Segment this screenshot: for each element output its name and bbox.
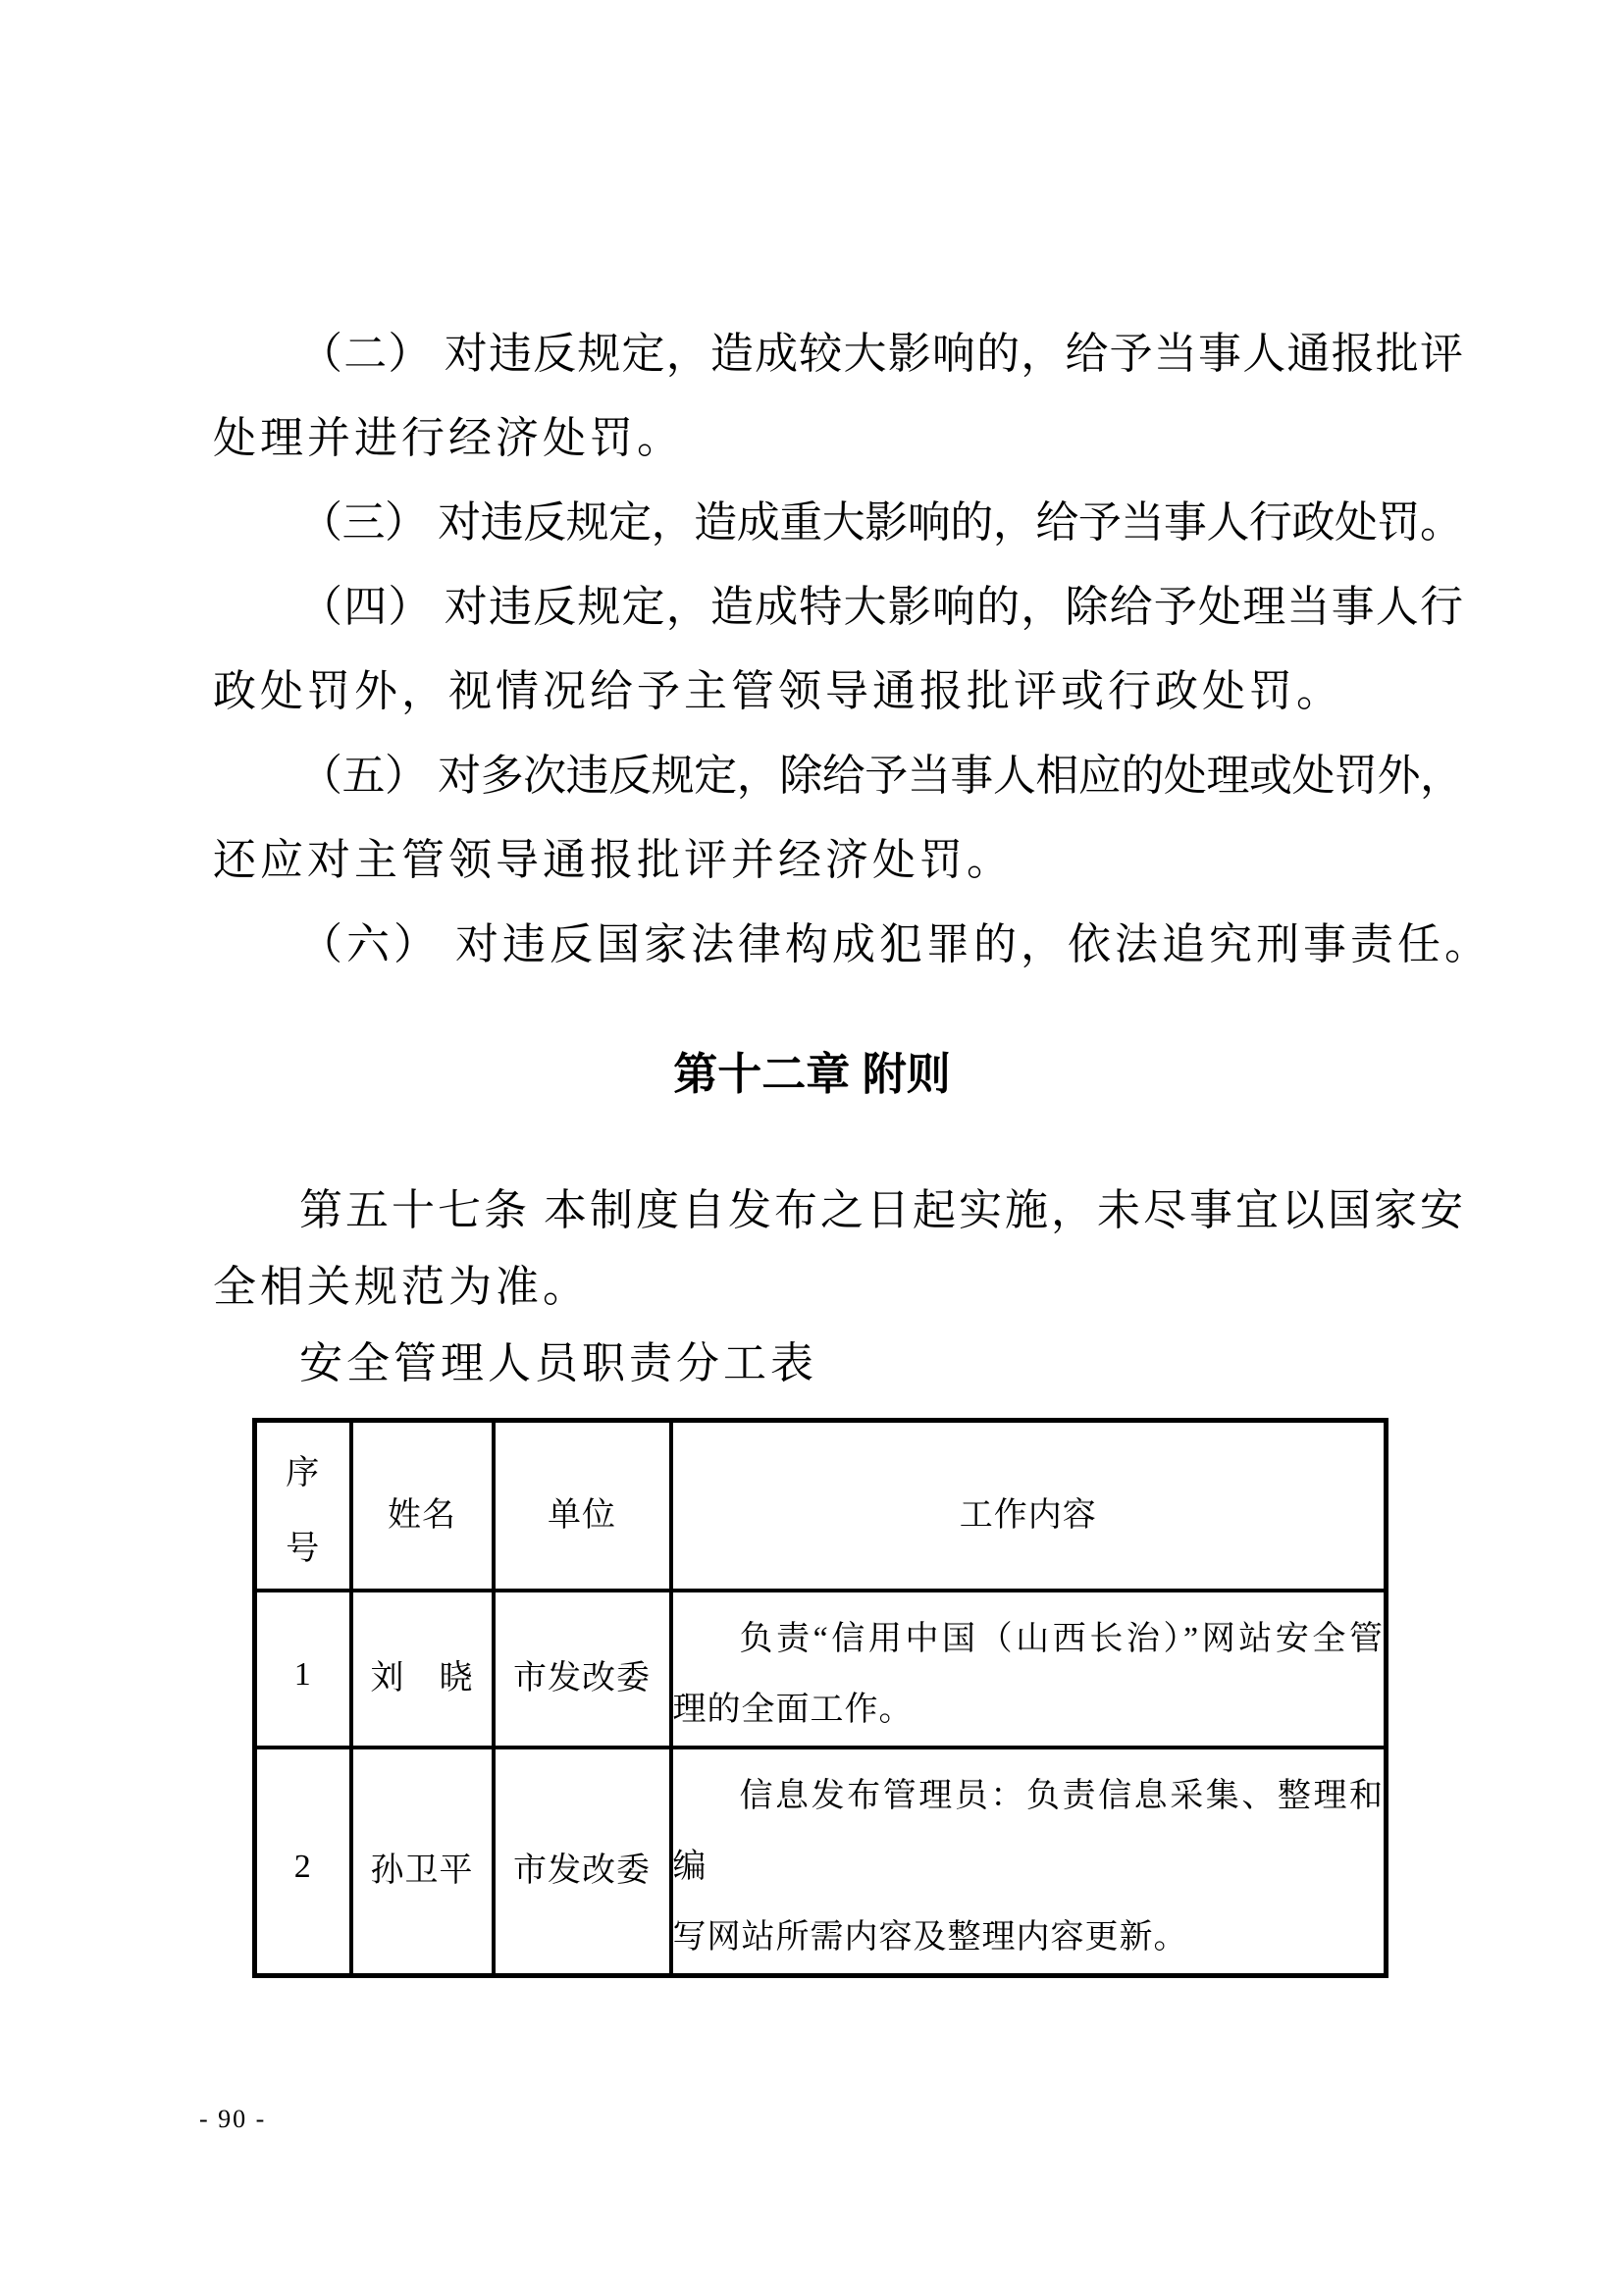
body-text-line: （四） 对违反规定，造成特大影响的，除给予处理当事人行 — [213, 565, 1462, 650]
body-text-line: 处理并进行经济处罚。 — [213, 396, 1462, 481]
body-text-line: （五） 对多次违反规定，除给予当事人相应的处理或处罚外， — [213, 734, 1462, 818]
cell-name: 孙卫平 — [351, 1748, 494, 1976]
duty-text-line: 负责“信用中国（山西长治）”网站安全管 — [673, 1604, 1385, 1675]
document-page: （二） 对违反规定，造成较大影响的，给予当事人通报批评处理并进行经济处罚。（三）… — [0, 0, 1624, 2296]
cell-unit: 市发改委 — [494, 1591, 671, 1748]
body-text-line: （二） 对违反规定，造成较大影响的，给予当事人通报批评 — [213, 312, 1462, 396]
closing-paragraphs: 第五十七条 本制度自发布之日起实施，未尽事宜以国家安全相关规范为准。安全管理人员… — [213, 1173, 1462, 1402]
duty-text: 负责“信用中国（山西长治）”网站安全管理的全面工作。 — [673, 1604, 1385, 1746]
table-header-row: 序号 姓名 单位 工作内容 — [255, 1421, 1387, 1591]
header-cell-no: 序号 — [255, 1421, 351, 1591]
cell-duty: 信息发布管理员：负责信息采集、整理和编写网站所需内容及整理内容更新。 — [671, 1748, 1387, 1976]
cell-no: 2 — [255, 1748, 351, 1976]
duty-text-line: 理的全面工作。 — [673, 1675, 1385, 1746]
header-cell-unit: 单位 — [494, 1421, 671, 1591]
duty-text-line: 写网站所需内容及整理内容更新。 — [673, 1903, 1385, 1973]
duty-text-line: 信息发布管理员：负责信息采集、整理和编 — [673, 1761, 1385, 1903]
cell-unit: 市发改委 — [494, 1748, 671, 1976]
page-number: - 90 - — [199, 2105, 266, 2134]
body-paragraphs: （二） 对违反规定，造成较大影响的，给予当事人通报批评处理并进行经济处罚。（三）… — [213, 312, 1462, 987]
cell-name: 刘 晓 — [351, 1591, 494, 1748]
closing-text-line: 第五十七条 本制度自发布之日起实施，未尽事宜以国家安 — [213, 1173, 1462, 1249]
duty-text: 信息发布管理员：负责信息采集、整理和编写网站所需内容及整理内容更新。 — [673, 1761, 1385, 1973]
chapter-heading: 第十二章 附则 — [0, 1050, 1624, 1099]
body-text-line: 还应对主管领导通报批评并经济处罚。 — [213, 818, 1462, 903]
closing-text-line: 全相关规范为准。 — [213, 1249, 1462, 1326]
header-cell-duty: 工作内容 — [671, 1421, 1387, 1591]
body-text-line: （六） 对违反国家法律构成犯罪的，依法追究刑事责任。 — [213, 903, 1462, 987]
header-no-char: 号 — [257, 1511, 349, 1587]
header-cell-name: 姓名 — [351, 1421, 494, 1591]
cell-no: 1 — [255, 1591, 351, 1748]
table-row: 1 刘 晓 市发改委 负责“信用中国（山西长治）”网站安全管理的全面工作。 — [255, 1591, 1387, 1748]
table-row: 2 孙卫平 市发改委 信息发布管理员：负责信息采集、整理和编写网站所需内容及整理… — [255, 1748, 1387, 1976]
body-text-line: 政处罚外，视情况给予主管领导通报批评或行政处罚。 — [213, 650, 1462, 734]
duty-assignment-table: 序号 姓名 单位 工作内容 1 刘 晓 市发改委 负责“信用中国（山西长治）”网… — [252, 1418, 1388, 1978]
header-no-char: 序 — [257, 1435, 349, 1511]
closing-text-line: 安全管理人员职责分工表 — [213, 1326, 1462, 1402]
body-text-line: （三） 对违反规定，造成重大影响的，给予当事人行政处罚。 — [213, 481, 1462, 565]
header-no-stack: 序号 — [257, 1435, 349, 1587]
cell-duty: 负责“信用中国（山西长治）”网站安全管理的全面工作。 — [671, 1591, 1387, 1748]
